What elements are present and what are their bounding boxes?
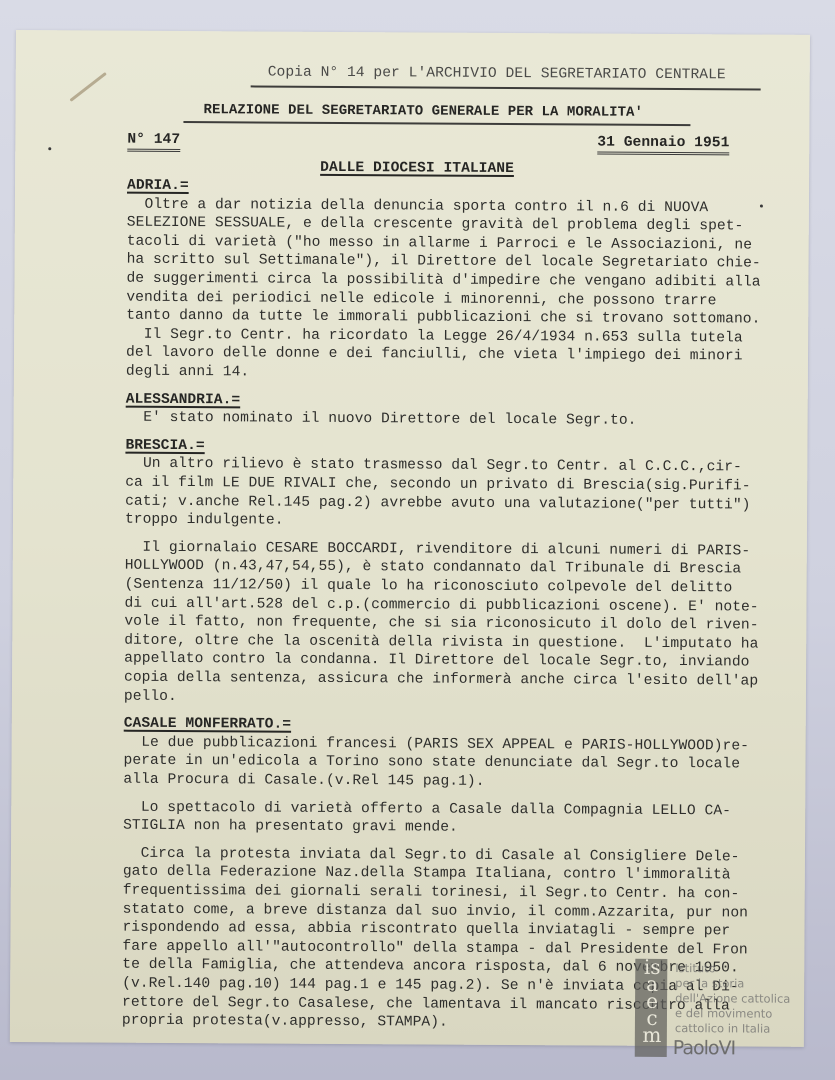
text-line: ca il film LE DUE RIVALI che, secondo un… [125, 475, 750, 495]
logo-text-line: cattolico in Italia [675, 1021, 770, 1036]
logo-text-line: dell'Azione cattolica [675, 991, 790, 1006]
text-line: propria protesta(v.appresso, STAMPA). [122, 1013, 448, 1031]
section-heading: CASALE MONFERRATO.= [124, 716, 291, 733]
text-line: del lavoro delle donne e dei fanciulli, … [126, 345, 743, 365]
text-line: ditore, oltre che la oscenità della rivi… [124, 632, 758, 652]
logo-text-line: e del movimento [675, 1006, 772, 1021]
text-line: alla Procura di Casale.(v.Rel 145 pag.1)… [123, 772, 484, 790]
text-line: frequentissima dei giornali serali torin… [123, 883, 740, 903]
text-line: appellato contro la condanna. Il Diretto… [124, 651, 749, 671]
text-line: Circa la protesta inviata dal Segr.to di… [123, 845, 740, 865]
title-rule [183, 121, 690, 126]
text-line: HOLLYWOOD (n.43,47,54,55), è stato conda… [125, 558, 742, 578]
text-line: cati; v.anche Rel.145 pag.2) avrebbe avu… [125, 493, 750, 513]
text-line: (Sentenza 11/12/50) il quale lo ha ricon… [125, 577, 733, 597]
speck [48, 147, 51, 150]
archive-watermark-logo: isaecm Istitutoper la storiadell'Azione … [635, 959, 786, 1060]
logo-text-line: per la storia [675, 976, 744, 990]
text-line: ha scritto sul Settimanale"), il Diretto… [127, 252, 761, 272]
text-line: degli anni 14. [126, 364, 249, 381]
speck [760, 205, 763, 208]
text-line: E' stato nominato il nuovo Direttore del… [126, 410, 637, 429]
text-line: perate in un'edicola a Torino sono state… [123, 753, 740, 773]
copy-line-rule [251, 85, 761, 90]
logo-text-line: Istituto [675, 961, 716, 975]
text-line: pello. [124, 688, 177, 704]
copy-line: Copia N° 14 per L'ARCHIVIO DEL SEGRETARI… [268, 65, 726, 84]
text-line: gato della Federazione Naz.della Stampa … [123, 864, 731, 884]
text-line: tanto danno da tutte le immorali pubblic… [126, 308, 760, 328]
text-line: vendita dei periodici nelle edicole i mi… [126, 289, 716, 309]
ink-smudge [69, 72, 106, 102]
report-title: RELAZIONE DEL SEGRETARIATO GENERALE PER … [203, 102, 643, 121]
text-line: Il giornalaio CESARE BOCCARDI, rivendito… [125, 539, 750, 559]
logo-letters: isaecm [636, 959, 669, 1044]
text-line: copia della sentenza, assicura che infor… [124, 670, 758, 690]
text-line: SELEZIONE SESSUALE, e della crescente gr… [127, 215, 744, 235]
text-line: di cui all'art.528 del c.p.(commercio di… [124, 595, 758, 615]
text-line: rispondendo ad essa, abbia riscontrato q… [122, 920, 730, 940]
logo-name: PaoloVI [673, 1037, 736, 1059]
text-line: tacoli di varietà ("ho messo in allarme … [127, 233, 752, 253]
text-line: Il Segr.to Centr. ha ricordato la Legge … [126, 326, 743, 346]
text-line: troppo indulgente. [125, 512, 284, 529]
text-line: statato come, a breve distanza dal suo i… [123, 901, 748, 921]
section-heading: ADRIA.= [127, 178, 189, 194]
section-heading: ALESSANDRIA.= [126, 391, 241, 408]
typewritten-page: Copia N° 14 per L'ARCHIVIO DEL SEGRETARI… [10, 30, 810, 1047]
section-title: DALLE DIOCESI ITALIANE [320, 160, 514, 177]
text-line: Un altro rilievo è stato trasmesso dal S… [125, 456, 742, 476]
text-line: Lo spettacolo di varietà offerto a Casal… [123, 799, 731, 819]
document-body: ADRIA.= Oltre a dar notizia della denunc… [16, 30, 810, 35]
report-date: 31 Gennaio 1951 [597, 135, 729, 156]
text-line: vole il fatto, non frequente, che si sia… [124, 614, 758, 634]
text-line: de suggerimenti circa la possibilità d'i… [126, 271, 760, 291]
text-line: Le due pubblicazioni francesi (PARIS SEX… [124, 734, 749, 754]
report-number: N° 147 [127, 132, 180, 152]
text-line: Oltre a dar notizia della denuncia sport… [127, 196, 708, 216]
text-line: STIGLIA non ha presentato gravi mende. [123, 818, 458, 836]
section-heading: BRESCIA.= [125, 437, 204, 453]
